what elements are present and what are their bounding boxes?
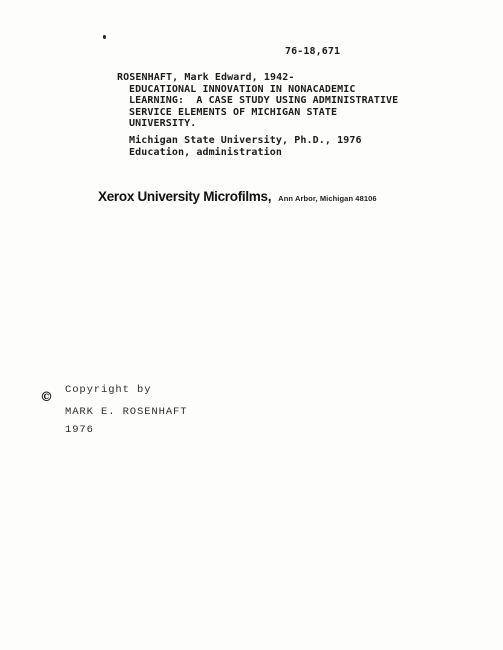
publisher-name: Xerox University Microfilms, (98, 189, 271, 204)
copyright-by-line: Copyright by (65, 384, 187, 396)
copyright-block: Copyright by MARK E. ROSENHAFT 1976 (65, 384, 187, 436)
subject-line: Education, administration (129, 147, 362, 159)
title-line: LEARNING: A CASE STUDY USING ADMINISTRAT… (117, 95, 398, 107)
citation-block: ROSENHAFT, Mark Edward, 1942- EDUCATIONA… (117, 72, 398, 130)
scanned-document-page: 76-18,671 ROSENHAFT, Mark Edward, 1942- … (0, 0, 503, 650)
catalog-number: 76-18,671 (285, 46, 340, 57)
title-line: EDUCATIONAL INNOVATION IN NONACADEMIC (117, 84, 398, 96)
author-line: ROSENHAFT, Mark Edward, 1942- (117, 72, 398, 84)
title-line: UNIVERSITY. (117, 118, 398, 130)
scan-speck (103, 35, 106, 39)
institution-block: Michigan State University, Ph.D., 1976 E… (129, 135, 362, 159)
copyright-icon: © (40, 390, 53, 405)
title-line: SERVICE ELEMENTS OF MICHIGAN STATE (117, 107, 398, 119)
publisher-location: Ann Arbor, Michigan 48106 (278, 194, 377, 203)
copyright-holder-line: MARK E. ROSENHAFT (65, 406, 187, 418)
publisher-line: Xerox University Microfilms,Ann Arbor, M… (98, 186, 377, 205)
institution-line: Michigan State University, Ph.D., 1976 (129, 135, 362, 147)
copyright-year-line: 1976 (65, 424, 187, 436)
